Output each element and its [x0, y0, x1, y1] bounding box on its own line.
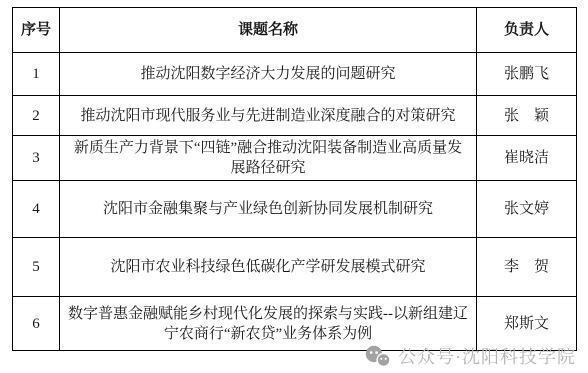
- row-leader-cell: 张鹏飞: [477, 53, 577, 96]
- table-row: 4 沈阳市金融集聚与产业绿色创新协同发展机制研究 张文婷: [13, 181, 577, 238]
- row-title-cell: 沈阳市金融集聚与产业绿色创新协同发展机制研究: [60, 181, 477, 238]
- table-row: 1 推动沈阳数字经济大力发展的问题研究 张鹏飞: [13, 53, 577, 96]
- row-title-cell: 沈阳市农业科技绿色低碳化产学研发展模式研究: [60, 238, 477, 297]
- header-serial-number: 序号: [13, 8, 60, 53]
- topics-table: 序号 课题名称 负责人 1 推动沈阳数字经济大力发展的问题研究 张鹏飞 2 推动…: [12, 7, 577, 351]
- watermark: 公众号·沈阳科技学院: [365, 343, 576, 369]
- row-leader-cell: 李 贺: [477, 238, 577, 297]
- watermark-text: 公众号·沈阳科技学院: [398, 343, 576, 369]
- table-row: 5 沈阳市农业科技绿色低碳化产学研发展模式研究 李 贺: [13, 238, 577, 297]
- table-row: 3 新质生产力背景下“四链”融合推动沈阳装备制造业高质量发展路径研究 崔晓洁: [13, 136, 577, 181]
- header-topic-title: 课题名称: [60, 8, 477, 53]
- row-number-cell: 6: [13, 297, 60, 351]
- row-leader-cell: 崔晓洁: [477, 136, 577, 181]
- row-number-cell: 3: [13, 136, 60, 181]
- row-title-cell: 推动沈阳数字经济大力发展的问题研究: [60, 53, 477, 96]
- row-title-cell: 推动沈阳市现代服务业与先进制造业深度融合的对策研究: [60, 96, 477, 136]
- row-number-cell: 1: [13, 53, 60, 96]
- table-row: 2 推动沈阳市现代服务业与先进制造业深度融合的对策研究 张 颖: [13, 96, 577, 136]
- row-leader-cell: 张 颖: [477, 96, 577, 136]
- header-row: 序号 课题名称 负责人: [13, 8, 577, 53]
- row-number-cell: 2: [13, 96, 60, 136]
- page: 序号 课题名称 负责人 1 推动沈阳数字经济大力发展的问题研究 张鹏飞 2 推动…: [0, 0, 588, 373]
- wechat-official-account-icon: [365, 345, 392, 368]
- row-number-cell: 4: [13, 181, 60, 238]
- row-title-cell: 新质生产力背景下“四链”融合推动沈阳装备制造业高质量发展路径研究: [60, 136, 477, 181]
- row-number-cell: 5: [13, 238, 60, 297]
- row-leader-cell: 张文婷: [477, 181, 577, 238]
- header-leader: 负责人: [477, 8, 577, 53]
